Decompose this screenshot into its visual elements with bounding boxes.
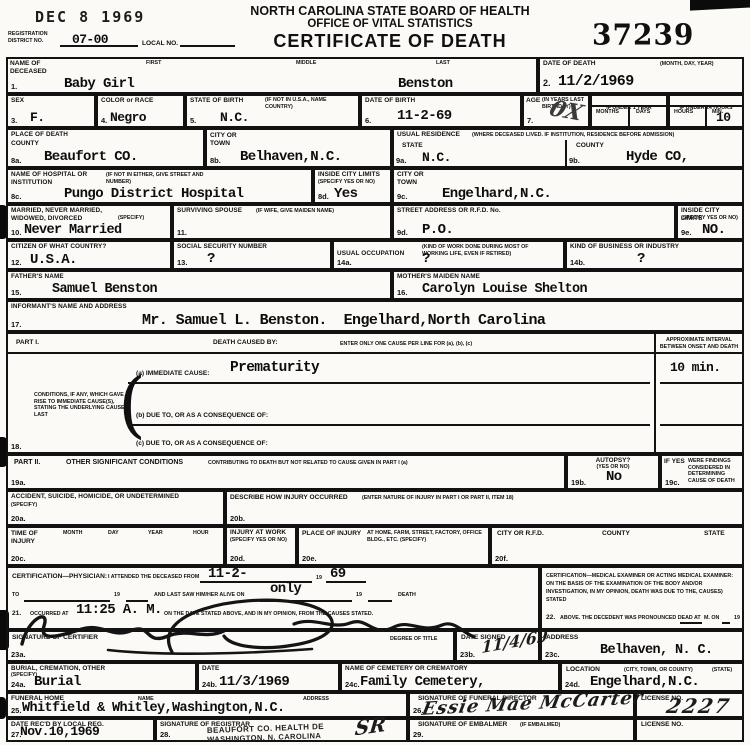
county-label: COUNTY bbox=[11, 140, 39, 148]
rule-line bbox=[60, 45, 138, 47]
group-header: IF UNDER 1 YEAR bbox=[592, 96, 666, 107]
field-value: ? bbox=[422, 251, 430, 267]
death-certificate-page: DEC 8 1969 NORTH CAROLINA STATE BOARD OF… bbox=[0, 0, 750, 745]
rule-line bbox=[128, 382, 650, 384]
item-number: 1. bbox=[11, 82, 17, 91]
field-label: CITY OR TOWN bbox=[210, 132, 237, 148]
certificate-title: CERTIFICATE OF DEATH bbox=[215, 31, 565, 52]
field-accident-suicide: ACCIDENT, SUICIDE, HOMICIDE, OR UNDETERM… bbox=[6, 490, 225, 526]
license-number-handwritten: 2227 bbox=[664, 694, 733, 718]
field-sublabel: (KIND OF WORK DONE DURING MOST OF WORKIN… bbox=[422, 244, 552, 257]
field-label: PLACE OF INJURY bbox=[302, 530, 361, 538]
field-time-of-injury: TIME OF INJURY MONTH DAY YEAR HOUR 20c. bbox=[6, 526, 225, 566]
field-label: STREET ADDRESS OR R.F.D. No. bbox=[394, 206, 674, 215]
field-place-of-death-county: PLACE OF DEATH COUNTY 8a. Beaufort CO. bbox=[6, 128, 205, 168]
field-label: DATE OF DEATH bbox=[543, 60, 596, 68]
field-burial-date: DATE 24b. 11/3/1969 bbox=[197, 662, 340, 692]
immediate-cause-label: (a) IMMEDIATE CAUSE: bbox=[136, 370, 210, 378]
field-embalmer-signature: SIGNATURE OF EMBALMER (IF EMBALMED) 29. bbox=[408, 718, 635, 742]
field-sublabel: (ENTER NATURE OF INJURY IN PART I OR PAR… bbox=[362, 495, 514, 502]
field-burial-cremation: BURIAL, CREMATION, OTHER (SPECIFY) 24a. … bbox=[6, 662, 197, 692]
field-name-of-deceased: NAME OF DECEASED FIRST MIDDLE LAST 1. Ba… bbox=[6, 57, 538, 94]
field-usual-residence: USUAL RESIDENCE (WHERE DECEASED LIVED. I… bbox=[392, 128, 744, 168]
field-sex: SEX 3. F. bbox=[6, 94, 96, 128]
due-to-c-label: (c) DUE TO, OR AS A CONSEQUENCE OF: bbox=[136, 440, 268, 448]
cert-text: M. ON bbox=[704, 615, 719, 622]
field-value: F. bbox=[30, 110, 44, 125]
cert-label: CERTIFICATION—MEDICAL EXAMINER OR ACTING… bbox=[546, 573, 733, 579]
field-value: ? bbox=[637, 251, 645, 267]
item-number: 24c. bbox=[345, 680, 360, 689]
item-number: 15. bbox=[11, 288, 21, 297]
field-value: Negro bbox=[110, 110, 146, 125]
field-date-received: DATE REC'D BY LOCAL REG. 27. Nov.10,1969 bbox=[6, 718, 155, 742]
item-number: 20f. bbox=[495, 554, 508, 563]
interval-label: APPROXIMATE INTERVAL BETWEEN ONSET AND D… bbox=[657, 337, 741, 350]
field-state-of-birth: STATE OF BIRTH (IF NOT IN U.S.A., NAME C… bbox=[185, 94, 360, 128]
field-value: Pungo District Hospital bbox=[64, 186, 243, 202]
date-signed-handwritten: 11/4/69 bbox=[481, 626, 548, 657]
item-number: 19b. bbox=[571, 478, 586, 487]
item-number: 23c. bbox=[545, 650, 560, 659]
field-value: Whitfield & Whitley,Washington,N.C. bbox=[22, 701, 285, 716]
field-value: Beaufort CO. bbox=[44, 149, 138, 165]
part2-label: PART II. bbox=[14, 459, 40, 467]
org-office: OFFICE OF VITAL STATISTICS bbox=[215, 18, 565, 30]
field-sublabel: WERE FINDINGS CONSIDERED IN DETERMINING … bbox=[688, 458, 744, 484]
part2-title: OTHER SIGNIFICANT CONDITIONS bbox=[66, 459, 183, 467]
item-number: 14a. bbox=[337, 258, 352, 267]
field-funeral-home: FUNERAL HOME NAME ADDRESS 25. Whitfield … bbox=[6, 692, 408, 718]
certificate-number: 37239 bbox=[592, 17, 694, 52]
rule-line bbox=[326, 581, 366, 583]
field-street-address: STREET ADDRESS OR R.F.D. No. 9d. P.O. bbox=[392, 204, 676, 240]
field-sublabel: (SPECIFY YES OR NO) bbox=[230, 537, 287, 544]
field-label: AGE bbox=[526, 97, 540, 105]
field-value: Engelhard,N.C. bbox=[442, 186, 551, 202]
item-number: 24b. bbox=[202, 680, 217, 689]
field-color-or-race: COLOR or RACE 4. Negro bbox=[96, 94, 185, 128]
item-number: 20b. bbox=[230, 514, 245, 523]
item-number: 7. bbox=[527, 116, 533, 125]
field-sublabel: (SPECIFY) bbox=[118, 215, 144, 222]
certifier-signature bbox=[12, 592, 482, 662]
item-number: 8d. bbox=[318, 192, 329, 201]
col-month: MONTH bbox=[63, 530, 82, 537]
field-mother-maiden-name: MOTHER'S MAIDEN NAME 16. Carolyn Louise … bbox=[392, 270, 744, 300]
item-number: 4. bbox=[101, 116, 107, 125]
field-label: PLACE OF DEATH bbox=[8, 130, 203, 139]
field-value: ? bbox=[207, 251, 215, 267]
first-label: FIRST bbox=[146, 60, 161, 67]
field-registrar-signature: SIGNATURE OF REGISTRAR 28. BEAUFORT CO. … bbox=[155, 718, 408, 742]
caused-by-label: DEATH CAUSED BY: bbox=[213, 339, 278, 347]
field-date-of-birth: DATE OF BIRTH 6. 11-2-69 bbox=[360, 94, 522, 128]
rule-line bbox=[660, 382, 744, 384]
field-label: LICENSE NO. bbox=[641, 721, 683, 729]
field-value: Family Cemetery, bbox=[360, 674, 485, 690]
local-no-label: LOCAL NO. bbox=[142, 40, 178, 48]
cert-label: CERTIFICATION—PHYSICIAN: bbox=[12, 573, 107, 581]
field-sublabel: (IF WIFE, GIVE MAIDEN NAME) bbox=[256, 208, 334, 215]
field-label: KIND OF BUSINESS OR INDUSTRY bbox=[567, 242, 742, 251]
field-value: Mr. Samuel L. Benston. Engelhard,North C… bbox=[142, 312, 545, 329]
item-number: 3. bbox=[11, 116, 17, 125]
conditions-note: CONDITIONS, IF ANY, WHICH GAVE RISE TO I… bbox=[34, 392, 128, 418]
rule-line bbox=[680, 622, 702, 624]
field-sublabel: (SPECIFY YES OR NO) bbox=[318, 179, 375, 186]
field-citizen: CITIZEN OF WHAT COUNTRY? 12. U.S.A. bbox=[6, 240, 172, 270]
field-label: TIME OF INJURY bbox=[11, 530, 38, 546]
middle-label: MIDDLE bbox=[296, 60, 316, 67]
registrar-initials: SR bbox=[354, 712, 387, 741]
field-inside-city-limits-9e: INSIDE CITY LIMITS (SPECIFY YES OR NO) 9… bbox=[676, 204, 744, 240]
item-number: 20c. bbox=[11, 554, 26, 563]
year-prefix: 19 bbox=[734, 615, 740, 622]
field-director-license: LICENSE NO. 2227 bbox=[635, 692, 744, 718]
state-label: (STATE) bbox=[712, 667, 732, 674]
attended-from-value: 11-2- bbox=[208, 566, 247, 582]
immediate-cause-value: Prematurity bbox=[230, 360, 319, 376]
field-label: SEX bbox=[8, 96, 94, 105]
rule-line bbox=[660, 424, 744, 426]
field-sublabel: (IF EMBALMED) bbox=[520, 722, 560, 729]
year-prefix: 19 bbox=[316, 575, 322, 582]
item-number: 9d. bbox=[397, 228, 408, 237]
field-date-of-death: DATE OF DEATH (MONTH, DAY, YEAR) 2. 11/2… bbox=[538, 57, 744, 94]
months-label: MONTHS bbox=[596, 109, 619, 116]
field-label: DESCRIBE HOW INJURY OCCURRED bbox=[230, 494, 348, 502]
cert-text-block: CERTIFICATION—MEDICAL EXAMINER OR ACTING… bbox=[546, 573, 740, 605]
county-label: COUNTY bbox=[576, 142, 604, 150]
cert-text: I ATTENDED THE DECEASED FROM bbox=[108, 574, 199, 581]
field-label: COLOR or RACE bbox=[98, 96, 183, 105]
field-label: CITIZEN OF WHAT COUNTRY? bbox=[8, 242, 170, 251]
divider bbox=[705, 107, 707, 126]
field-label: CITY OR TOWN bbox=[397, 171, 424, 187]
field-value: Belhaven, N. C. bbox=[600, 643, 713, 658]
field-value: No bbox=[606, 469, 622, 485]
field-value: 11-2-69 bbox=[397, 108, 452, 124]
item-number: 29. bbox=[413, 730, 423, 739]
section-part1: PART I. DEATH CAUSED BY: ENTER ONLY ONE … bbox=[6, 332, 744, 454]
field-age: AGE (IN YEARS LAST BIRTHDAY) 7. 0X bbox=[522, 94, 590, 128]
received-date-stamp: DEC 8 1969 bbox=[35, 8, 145, 26]
field-certifier-address: ADDRESS 23c. Belhaven, N. C. bbox=[540, 630, 744, 662]
field-findings-considered: IF YES WERE FINDINGS CONSIDERED IN DETER… bbox=[660, 454, 744, 490]
field-label: NAME OF DECEASED bbox=[10, 60, 50, 76]
item-number: 20d. bbox=[230, 554, 245, 563]
field-label: USUAL OCCUPATION bbox=[334, 249, 406, 258]
field-value: Carolyn Louise Shelton bbox=[422, 282, 587, 297]
field-value: Burial bbox=[34, 674, 81, 690]
due-to-b-label: (b) DUE TO, OR AS A CONSEQUENCE OF: bbox=[136, 412, 268, 420]
section-certification-examiner: CERTIFICATION—MEDICAL EXAMINER OR ACTING… bbox=[540, 566, 744, 630]
field-label: IF YES bbox=[664, 458, 685, 466]
field-label: MOTHER'S MAIDEN NAME bbox=[394, 272, 742, 281]
registration-label: REGISTRATION bbox=[8, 31, 48, 38]
field-how-injury-occurred: DESCRIBE HOW INJURY OCCURRED (ENTER NATU… bbox=[225, 490, 744, 526]
field-label: INSIDE CITY LIMITS bbox=[315, 170, 390, 179]
field-inside-city-limits-8d: INSIDE CITY LIMITS (SPECIFY YES OR NO) 8… bbox=[313, 168, 392, 204]
field-place-of-death-city: CITY OR TOWN 8b. Belhaven,N.C. bbox=[205, 128, 392, 168]
item-number: 14b. bbox=[570, 258, 585, 267]
field-value: N.C. bbox=[422, 150, 451, 165]
field-surviving-spouse: SURVIVING SPOUSE (IF WIFE, GIVE MAIDEN N… bbox=[172, 204, 392, 240]
field-place-of-injury: PLACE OF INJURY AT HOME, FARM, STREET, F… bbox=[297, 526, 490, 566]
item-number: 12. bbox=[11, 258, 21, 267]
item-number: 5. bbox=[190, 116, 196, 125]
item-number: 25. bbox=[11, 706, 21, 715]
field-cemetery-name: NAME OF CEMETERY OR CREMATORY 24c. Famil… bbox=[340, 662, 560, 692]
item-number: 17. bbox=[11, 320, 21, 329]
address-label: ADDRESS bbox=[303, 696, 329, 703]
field-value: 10 bbox=[716, 110, 730, 125]
field-sublabel: (IF NOT IN EITHER, GIVE STREET AND NUMBE… bbox=[106, 172, 226, 185]
field-sublabel: (MONTH, DAY, YEAR) bbox=[660, 61, 714, 68]
scan-artifact bbox=[690, 0, 750, 11]
field-value: 11/2/1969 bbox=[558, 73, 634, 90]
divider bbox=[654, 334, 656, 452]
cert-text: ABOVE. THE DECEDENT WAS PRONOUNCED DEAD … bbox=[560, 615, 701, 622]
registration-label2: DISTRICT NO. bbox=[8, 38, 43, 45]
field-label: USUAL RESIDENCE bbox=[397, 131, 460, 139]
cert-text: ON THE BASIS OF THE bbox=[546, 581, 605, 587]
field-sublabel: (CITY, TOWN, OR COUNTY) bbox=[624, 667, 693, 674]
field-value: U.S.A. bbox=[30, 252, 77, 268]
col-year: YEAR bbox=[148, 530, 163, 537]
field-label: INJURY AT WORK bbox=[227, 528, 295, 537]
field-industry: KIND OF BUSINESS OR INDUSTRY 14b. ? bbox=[565, 240, 744, 270]
field-cemetery-location: LOCATION (CITY, TOWN, OR COUNTY) (STATE)… bbox=[560, 662, 744, 692]
registrar-stamp: BEAUFORT CO. HEALTH DE WASHINGTON, N. CA… bbox=[207, 722, 325, 744]
field-value: 11/3/1969 bbox=[219, 674, 289, 690]
hours-label: HOURS bbox=[674, 109, 693, 116]
field-value: P.O. bbox=[422, 222, 453, 238]
field-label: INFORMANT'S NAME AND ADDRESS bbox=[8, 302, 742, 311]
item-number: 2. bbox=[543, 78, 551, 88]
item-number: 20e. bbox=[302, 554, 317, 563]
item-number: 24d. bbox=[565, 680, 580, 689]
field-occupation: USUAL OCCUPATION (KIND OF WORK DONE DURI… bbox=[332, 240, 565, 270]
field-if-under-1-year: IF UNDER 1 YEAR MONTHS DAYS bbox=[590, 94, 668, 128]
field-label: DATE bbox=[199, 664, 338, 673]
field-label: ACCIDENT, SUICIDE, HOMICIDE, OR UNDETERM… bbox=[8, 492, 223, 501]
item-number: 6. bbox=[365, 116, 371, 125]
field-value: Benston bbox=[398, 76, 453, 92]
item-number: 19c. bbox=[665, 478, 680, 487]
field-embalmer-license: LICENSE NO. bbox=[635, 718, 744, 742]
field-value: Never Married bbox=[24, 223, 122, 238]
item-number: 18. bbox=[11, 442, 21, 451]
item-number: 11. bbox=[177, 228, 187, 237]
part1-label: PART I. bbox=[16, 339, 39, 347]
field-marital-status: MARRIED, NEVER MARRIED, WIDOWED, DIVORCE… bbox=[6, 204, 172, 240]
field-informant: INFORMANT'S NAME AND ADDRESS 17. Mr. Sam… bbox=[6, 300, 744, 332]
rule-line bbox=[128, 424, 650, 426]
field-value: N.C. bbox=[220, 110, 249, 125]
field-hospital-name: NAME OF HOSPITAL OR INSTITUTION (IF NOT … bbox=[6, 168, 313, 204]
field-sublabel: (SPECIFY) bbox=[11, 502, 37, 509]
part2-sublabel: CONTRIBUTING TO DEATH BUT NOT RELATED TO… bbox=[208, 460, 538, 467]
item-number: 8b. bbox=[210, 156, 221, 165]
field-value: Yes bbox=[334, 186, 357, 202]
field-funeral-director-signature: SIGNATURE OF FUNERAL DIRECTOR 26. Essie … bbox=[408, 692, 635, 718]
field-value: Belhaven,N.C. bbox=[240, 149, 341, 165]
field-injury-at-work: INJURY AT WORK (SPECIFY YES OR NO) 20d. bbox=[225, 526, 297, 566]
divider bbox=[628, 107, 630, 126]
field-label: LOCATION bbox=[566, 666, 600, 674]
attended-from-year: 69 bbox=[330, 566, 346, 582]
interval-value: 10 min. bbox=[670, 360, 720, 375]
field-label: SIGNATURE OF EMBALMER bbox=[418, 721, 507, 729]
item-number: 8c. bbox=[11, 192, 21, 201]
rule-line bbox=[180, 45, 235, 47]
field-label: NAME OF HOSPITAL OR INSTITUTION bbox=[8, 170, 103, 187]
col-hour: HOUR bbox=[193, 530, 209, 537]
state-label: STATE bbox=[704, 530, 725, 538]
field-injury-location: CITY OR R.F.D. COUNTY STATE 20f. bbox=[490, 526, 744, 566]
field-value-handwritten: 0X bbox=[546, 96, 587, 126]
field-autopsy: AUTOPSY? (YES OR NO) 19b. No bbox=[566, 454, 660, 490]
field-sublabel: (SPECIFY YES OR NO) bbox=[681, 215, 738, 222]
rule-line bbox=[722, 622, 730, 624]
group-header: IF UNDER 24 HOURS bbox=[670, 96, 742, 107]
field-value: Nov.10,1969 bbox=[20, 724, 99, 739]
item-number: 9a. bbox=[396, 156, 406, 165]
item-number: 24a. bbox=[11, 680, 26, 689]
field-value: Baby Girl bbox=[64, 76, 134, 92]
field-if-under-24-hours: IF UNDER 24 HOURS HOURS MIN. 10 bbox=[668, 94, 744, 128]
city-rfd-label: CITY OR R.F.D. bbox=[497, 530, 544, 538]
field-value: Samuel Benston bbox=[52, 282, 157, 297]
funeral-director-signature: Essie Mae McCarter bbox=[420, 687, 645, 720]
col-day: DAY bbox=[108, 530, 119, 537]
field-sublabel: (WHERE DECEASED LIVED. IF INSTITUTION, R… bbox=[472, 132, 742, 139]
cause-instruction: ENTER ONLY ONE CAUSE PER LINE FOR (a), (… bbox=[340, 341, 472, 348]
field-label: SOCIAL SECURITY NUMBER bbox=[174, 242, 330, 251]
field-label: ADDRESS bbox=[546, 634, 578, 642]
field-value: Hyde CO, bbox=[626, 149, 688, 165]
item-number: 9c. bbox=[397, 192, 407, 201]
item-number: 13. bbox=[177, 258, 187, 267]
field-label: FATHER'S NAME bbox=[8, 272, 390, 281]
field-label: NAME OF CEMETERY OR CREMATORY bbox=[342, 664, 558, 673]
field-label: MARRIED, NEVER MARRIED, WIDOWED, DIVORCE… bbox=[8, 206, 133, 223]
item-number: 20a. bbox=[11, 514, 26, 523]
field-label: AUTOPSY? bbox=[568, 456, 658, 464]
divider bbox=[565, 140, 567, 166]
field-value: NO. bbox=[702, 222, 725, 238]
state-label: STATE bbox=[402, 142, 423, 150]
item-number: 19a. bbox=[11, 478, 26, 487]
org-name: NORTH CAROLINA STATE BOARD OF HEALTH bbox=[215, 4, 565, 18]
item-number: 10. bbox=[11, 228, 21, 237]
field-sublabel: (IF NOT IN U.S.A., NAME COUNTRY) bbox=[265, 97, 335, 110]
item-number: 22. bbox=[546, 614, 555, 622]
item-number: 16. bbox=[397, 288, 407, 297]
last-label: LAST bbox=[436, 60, 450, 67]
item-number: 9b. bbox=[569, 156, 580, 165]
days-label: DAYS bbox=[636, 109, 650, 116]
county-label: COUNTY bbox=[602, 530, 630, 538]
brace-glyph: ( bbox=[118, 368, 146, 440]
section-part2: PART II. OTHER SIGNIFICANT CONDITIONS CO… bbox=[6, 454, 566, 490]
field-father-name: FATHER'S NAME 15. Samuel Benston bbox=[6, 270, 392, 300]
item-number: 28. bbox=[160, 730, 170, 739]
item-number: 9e. bbox=[681, 228, 691, 237]
field-sublabel: AT HOME, FARM, STREET, FACTORY, OFFICE B… bbox=[367, 530, 487, 543]
field-label: DATE OF BIRTH bbox=[362, 96, 520, 105]
field-residence-city: CITY OR TOWN 9c. Engelhard,N.C. bbox=[392, 168, 744, 204]
item-number: 8a. bbox=[11, 156, 21, 165]
field-ssn: SOCIAL SECURITY NUMBER 13. ? bbox=[172, 240, 332, 270]
